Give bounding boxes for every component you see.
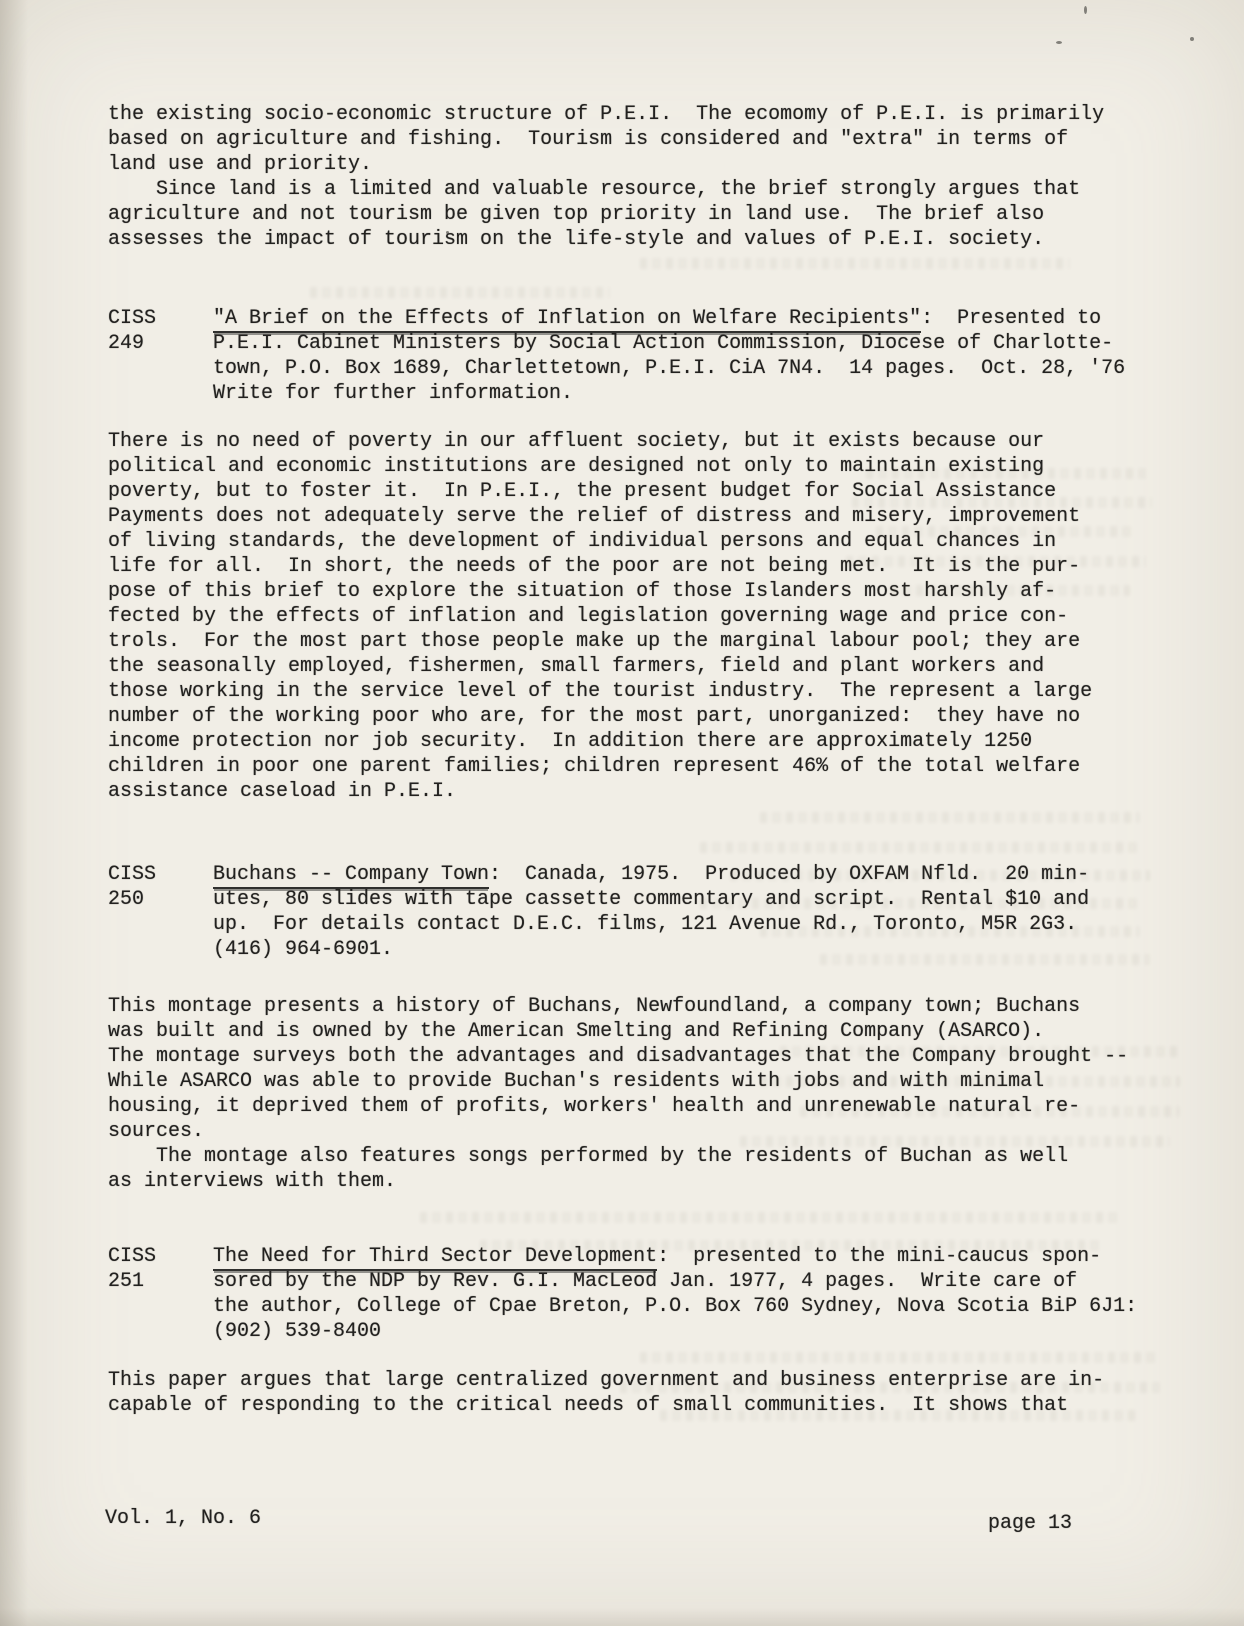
entry-catalog-number: CISS 249 <box>108 306 213 406</box>
entry-catalog-number: CISS 251 <box>108 1244 213 1344</box>
entry-title: "A Brief on the Effects of Inflation on … <box>213 307 921 333</box>
entry-title: Buchans -- Company Town <box>213 863 489 889</box>
entry-title-suffix: : Presented to <box>921 307 1101 330</box>
catalog-item-number: 251 <box>108 1270 144 1293</box>
entry-title-line: "A Brief on the Effects of Inflation on … <box>213 306 1125 331</box>
abstract-paragraph-250: This montage presents a history of Bucha… <box>108 994 1128 1194</box>
footer-volume-label: Vol. 1, No. 6 <box>105 1506 261 1531</box>
ink-speck <box>1190 37 1194 41</box>
scan-edge-shadow <box>0 0 28 1626</box>
catalog-code: CISS <box>108 863 156 886</box>
catalog-item-number: 250 <box>108 888 144 911</box>
catalog-item-number: 249 <box>108 332 144 355</box>
catalog-code: CISS <box>108 1245 156 1268</box>
ink-speck <box>446 231 449 234</box>
ink-speck <box>1056 41 1062 44</box>
footer-page-number: page 13 <box>988 1511 1072 1536</box>
entry-citation-body: sored by the NDP by Rev. G.I. MacLeod Ja… <box>213 1269 1137 1344</box>
entry-ciss-251: CISS 251 The Need for Third Sector Devel… <box>108 1244 1137 1344</box>
scan-edge-shadow-bottom <box>0 1608 1244 1626</box>
intro-paragraph: the existing socio-economic structure of… <box>108 102 1104 252</box>
catalog-code: CISS <box>108 307 156 330</box>
entry-citation-body: P.E.I. Cabinet Ministers by Social Actio… <box>213 331 1125 406</box>
ink-speck <box>1084 6 1087 14</box>
entry-catalog-number: CISS 250 <box>108 862 213 962</box>
abstract-paragraph-249: There is no need of poverty in our afflu… <box>108 429 1092 804</box>
scanned-document-page: the existing socio-economic structure of… <box>0 0 1244 1626</box>
entry-ciss-249: CISS 249 "A Brief on the Effects of Infl… <box>108 306 1125 406</box>
